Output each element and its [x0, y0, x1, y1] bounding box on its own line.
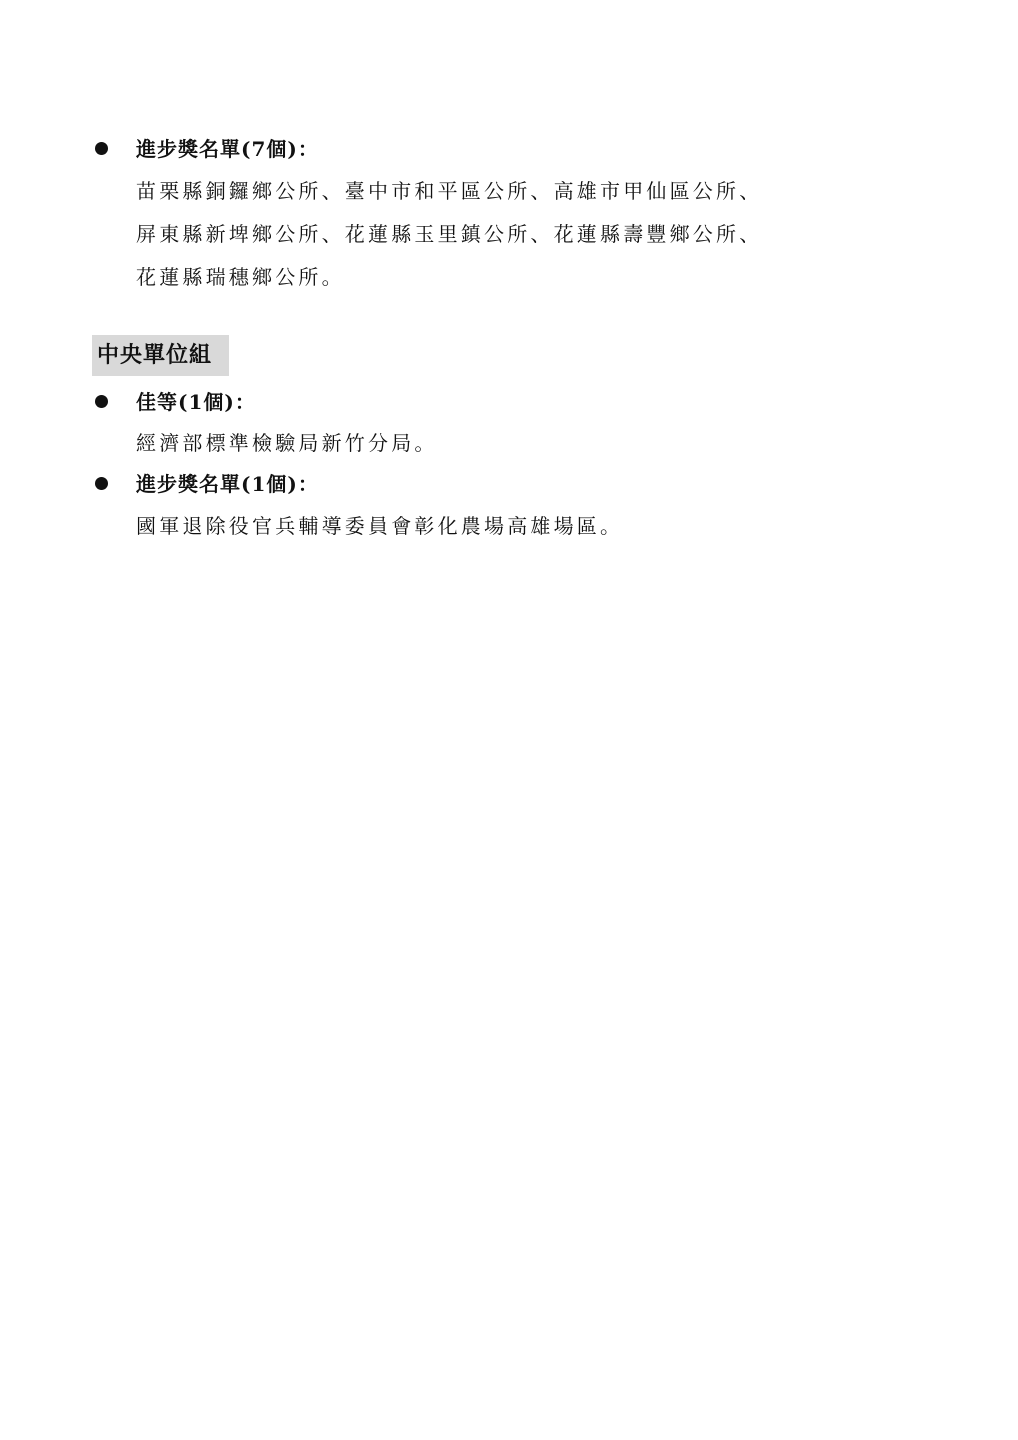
bullet-icon	[95, 477, 108, 490]
progress-award-heading: 進步獎名單(1個)：	[136, 472, 319, 496]
award-list-line: 苗栗縣銅鑼鄉公所、臺中市和平區公所、高雄市甲仙區公所、	[136, 179, 762, 203]
merit-heading: 佳等(1個)：	[136, 390, 256, 414]
bullet-icon	[95, 142, 108, 155]
section-title: 中央單位組	[92, 335, 229, 376]
progress-award-heading: 進步獎名單(7個)：	[136, 137, 319, 161]
award-list-line: 經濟部標準檢驗局新竹分局。	[136, 431, 438, 455]
bullet-icon	[95, 395, 108, 408]
award-list-line: 花蓮縣瑞穗鄉公所。	[136, 265, 345, 289]
award-list-line: 屏東縣新埤鄉公所、花蓮縣玉里鎮公所、花蓮縣壽豐鄉公所、	[136, 222, 762, 246]
award-list-line: 國軍退除役官兵輔導委員會彰化農場高雄場區。	[136, 514, 623, 538]
